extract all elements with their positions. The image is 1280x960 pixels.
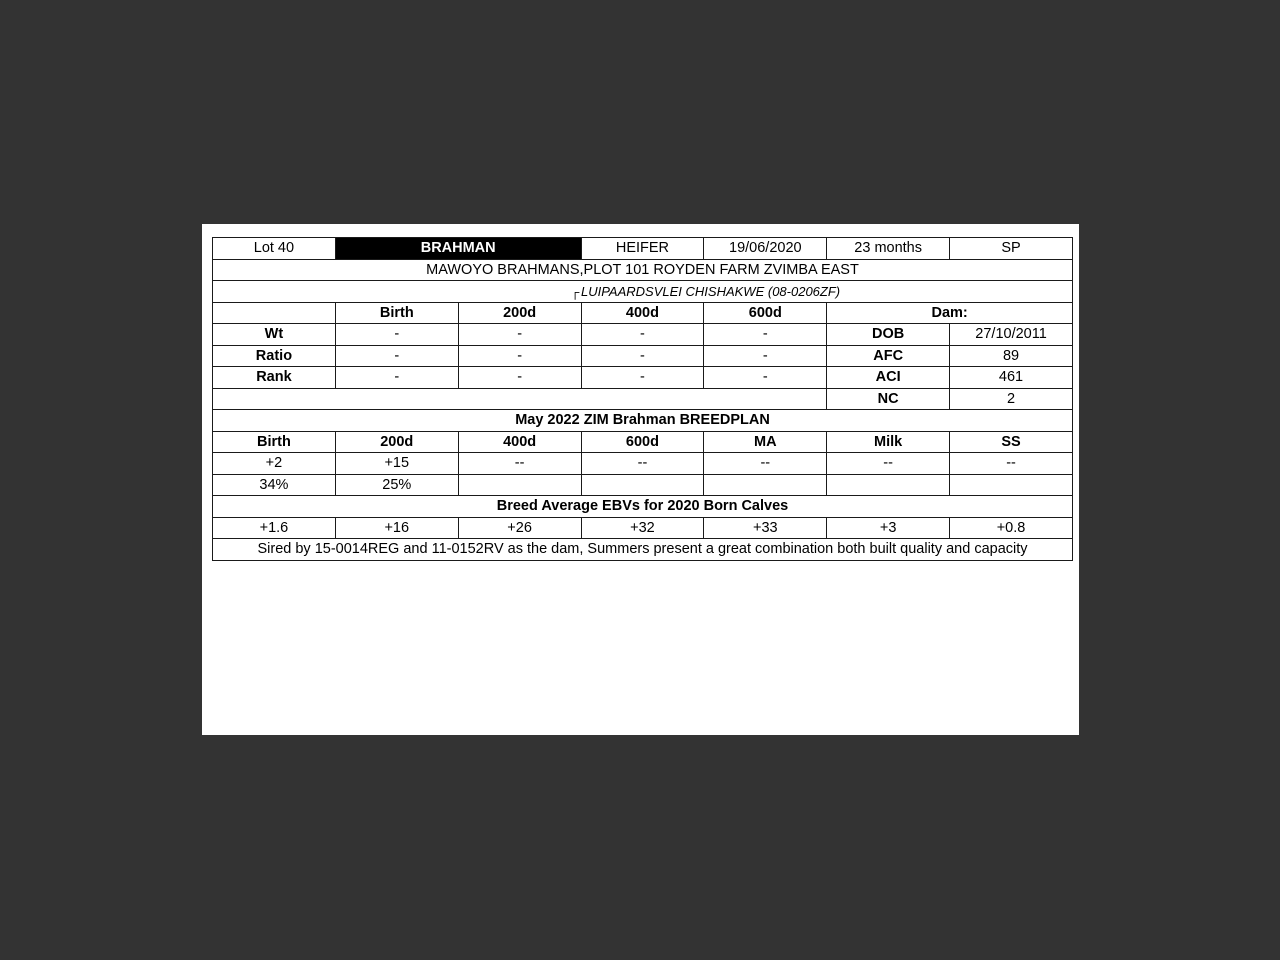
header-row: Lot 40 BRAHMAN HEIFER 19/06/2020 23 mont… <box>213 238 1073 260</box>
performance-row-rank: Rank - - - - ACI 461 <box>213 367 1073 389</box>
breedplan-title-row: May 2022 ZIM Brahman BREEDPLAN <box>213 410 1073 432</box>
ebv-col: SS <box>950 431 1073 453</box>
ebv-col: 400d <box>458 431 581 453</box>
ebv-col: Birth <box>213 431 336 453</box>
breed-average-value: +16 <box>335 517 458 539</box>
dam-nc-row: NC 2 <box>213 388 1073 410</box>
ebv-col: 600d <box>581 431 704 453</box>
cell: - <box>335 345 458 367</box>
ebv-col: Milk <box>827 431 950 453</box>
cell: - <box>458 345 581 367</box>
ebv-col: 200d <box>335 431 458 453</box>
pedigree-row: ┌LUIPAARDSVLEI CHISHAKWE (08-0206ZF) ┌DO… <box>213 281 1073 303</box>
breeder-address: MAWOYO BRAHMANS,PLOT 101 ROYDEN FARM ZVI… <box>213 259 1073 281</box>
breeder-row: MAWOYO BRAHMANS,PLOT 101 ROYDEN FARM ZVI… <box>213 259 1073 281</box>
performance-col-birth: Birth <box>335 302 458 324</box>
lot-number: Lot 40 <box>213 238 336 260</box>
dam-value: 2 <box>950 388 1073 410</box>
performance-row-ratio: Ratio - - - - AFC 89 <box>213 345 1073 367</box>
breed-label: BRAHMAN <box>335 238 581 260</box>
cell: - <box>704 324 827 346</box>
breedplan-title: May 2022 ZIM Brahman BREEDPLAN <box>213 410 1073 432</box>
accuracy-value <box>950 474 1073 496</box>
status-code: SP <box>950 238 1073 260</box>
breedplan-ebv-row: +2 +15 -- -- -- -- -- <box>213 453 1073 475</box>
bracket-top-icon: ┌ <box>569 283 581 301</box>
cell: - <box>704 345 827 367</box>
ebv-value: +15 <box>335 453 458 475</box>
lot-sheet-table: Lot 40 BRAHMAN HEIFER 19/06/2020 23 mont… <box>212 237 1073 561</box>
dam-value: 27/10/2011 <box>950 324 1073 346</box>
accuracy-value <box>458 474 581 496</box>
performance-col-200d: 200d <box>458 302 581 324</box>
comment-text: Sired by 15-0014REG and 11-0152RV as the… <box>213 539 1073 561</box>
breed-average-value: +1.6 <box>213 517 336 539</box>
breed-average-value: +26 <box>458 517 581 539</box>
dam-label: NC <box>827 388 950 410</box>
performance-col-400d: 400d <box>581 302 704 324</box>
cell: - <box>581 345 704 367</box>
performance-header-row: Birth 200d 400d 600d Dam: <box>213 302 1073 324</box>
breed-average-value: +33 <box>704 517 827 539</box>
accuracy-value <box>581 474 704 496</box>
ebv-value: -- <box>581 453 704 475</box>
dam-value: 461 <box>950 367 1073 389</box>
performance-col-600d: 600d <box>704 302 827 324</box>
breed-average-value: +3 <box>827 517 950 539</box>
row-label: Wt <box>213 324 336 346</box>
ebv-value: -- <box>827 453 950 475</box>
cell: - <box>581 367 704 389</box>
breed-average-value: +0.8 <box>950 517 1073 539</box>
accuracy-value <box>827 474 950 496</box>
breed-average-title: Breed Average EBVs for 2020 Born Calves <box>213 496 1073 518</box>
date-of-birth: 19/06/2020 <box>704 238 827 260</box>
breedplan-header-row: Birth 200d 400d 600d MA Milk SS <box>213 431 1073 453</box>
comment-row: Sired by 15-0014REG and 11-0152RV as the… <box>213 539 1073 561</box>
accuracy-value: 34% <box>213 474 336 496</box>
cell: - <box>581 324 704 346</box>
sex-label: HEIFER <box>581 238 704 260</box>
breed-average-value: +32 <box>581 517 704 539</box>
dam-label: DOB <box>827 324 950 346</box>
dam-title: Dam: <box>827 302 1073 324</box>
cell: - <box>335 367 458 389</box>
performance-row-wt: Wt - - - - DOB 27/10/2011 <box>213 324 1073 346</box>
cell: - <box>458 324 581 346</box>
breedplan-accuracy-row: 34% 25% <box>213 474 1073 496</box>
ebv-value: -- <box>950 453 1073 475</box>
cell: - <box>458 367 581 389</box>
ebv-col: MA <box>704 431 827 453</box>
cell: - <box>335 324 458 346</box>
age-label: 23 months <box>827 238 950 260</box>
ebv-value: +2 <box>213 453 336 475</box>
breed-average-title-row: Breed Average EBVs for 2020 Born Calves <box>213 496 1073 518</box>
row-label: Rank <box>213 367 336 389</box>
pedigree-sire-sire: ┌LUIPAARDSVLEI CHISHAKWE (08-0206ZF) <box>569 283 840 301</box>
dam-label: AFC <box>827 345 950 367</box>
dam-label: ACI <box>827 367 950 389</box>
row-label: Ratio <box>213 345 336 367</box>
breed-average-row: +1.6 +16 +26 +32 +33 +3 +0.8 <box>213 517 1073 539</box>
ebv-value: -- <box>704 453 827 475</box>
accuracy-value: 25% <box>335 474 458 496</box>
empty-cell <box>213 388 827 410</box>
lot-card: Lot 40 BRAHMAN HEIFER 19/06/2020 23 mont… <box>202 224 1079 735</box>
performance-corner <box>213 302 336 324</box>
cell: - <box>704 367 827 389</box>
dam-value: 89 <box>950 345 1073 367</box>
accuracy-value <box>704 474 827 496</box>
pedigree-tree: ┌LUIPAARDSVLEI CHISHAKWE (08-0206ZF) ┌DO… <box>213 281 1073 303</box>
ebv-value: -- <box>458 453 581 475</box>
